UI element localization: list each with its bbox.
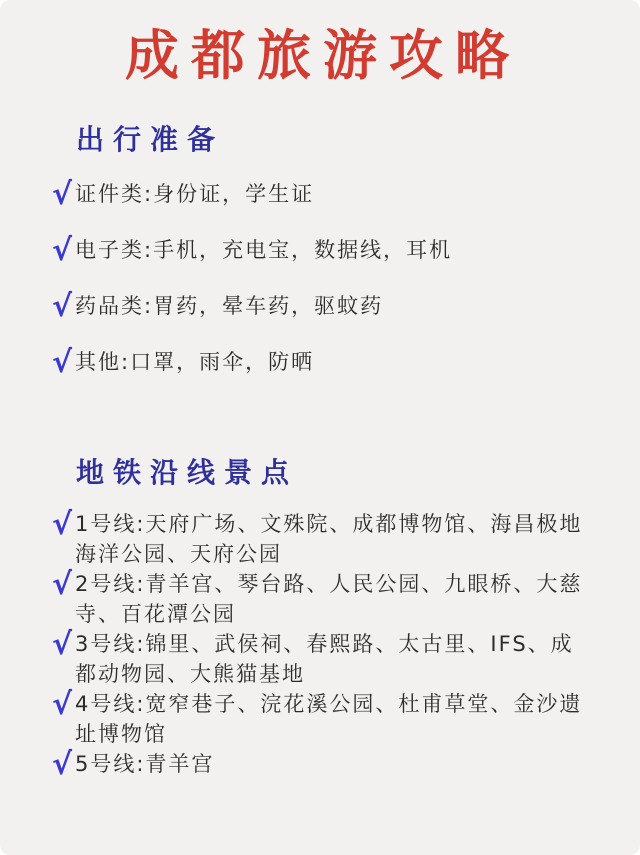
metro-line-2-item: √2号线:青羊宫、琴台路、人民公园、九眼桥、大慈寺、百花潭公园: [52, 570, 594, 628]
check-icon: √: [52, 180, 75, 210]
checklist-item-text: 证件类:身份证，学生证: [75, 182, 314, 206]
check-icon: √: [52, 510, 75, 540]
check-icon: √: [52, 750, 75, 780]
metro-line-5-item: √5号线:青羊宫: [52, 750, 594, 780]
metro-line-text: 1号线:天府广场、文殊院、成都博物馆、海昌极地海洋公园、天府公园: [75, 512, 582, 566]
check-icon: √: [52, 236, 75, 266]
check-icon: √: [52, 630, 75, 660]
metro-line-3-item: √3号线:锦里、武侯祠、春熙路、太古里、IFS、成都动物园、大熊猫基地: [52, 630, 594, 688]
check-icon: √: [52, 292, 75, 322]
section-header-preparation: 出行准备: [76, 123, 594, 157]
checklist-item-other: √其他:口罩，雨伞，防晒: [52, 348, 594, 378]
checklist-item-text: 电子类:手机，充电宝，数据线，耳机: [75, 238, 452, 262]
checklist-item-electronics: √电子类:手机，充电宝，数据线，耳机: [52, 236, 594, 266]
check-icon: √: [52, 570, 75, 600]
metro-line-1-item: √1号线:天府广场、文殊院、成都博物馆、海昌极地海洋公园、天府公园: [52, 510, 594, 568]
metro-line-text: 2号线:青羊宫、琴台路、人民公园、九眼桥、大慈寺、百花潭公园: [75, 572, 582, 626]
section-header-metro: 地铁沿线景点: [76, 456, 594, 490]
check-icon: √: [52, 690, 75, 720]
metro-line-text: 5号线:青羊宫: [75, 752, 214, 776]
checklist-item-text: 其他:口罩，雨伞，防晒: [75, 350, 314, 374]
metro-line-text: 4号线:宽窄巷子、浣花溪公园、杜甫草堂、金沙遗址博物馆: [75, 692, 582, 746]
checklist-item-text: 药品类:胃药，晕车药，驱蚊药: [75, 294, 383, 318]
page-title: 成都旅游攻略: [52, 16, 594, 89]
check-icon: √: [52, 348, 75, 378]
metro-line-4-item: √4号线:宽窄巷子、浣花溪公园、杜甫草堂、金沙遗址博物馆: [52, 690, 594, 748]
section-metro-attractions: 地铁沿线景点 √1号线:天府广场、文殊院、成都博物馆、海昌极地海洋公园、天府公园…: [52, 456, 594, 780]
travel-guide-page: 成都旅游攻略 出行准备 √证件类:身份证，学生证 √电子类:手机，充电宝，数据线…: [0, 0, 640, 855]
checklist-item-medicine: √药品类:胃药，晕车药，驱蚊药: [52, 292, 594, 322]
metro-line-text: 3号线:锦里、武侯祠、春熙路、太古里、IFS、成都动物园、大熊猫基地: [75, 632, 574, 686]
section-preparation: 出行准备 √证件类:身份证，学生证 √电子类:手机，充电宝，数据线，耳机 √药品…: [52, 123, 594, 379]
checklist-item-documents: √证件类:身份证，学生证: [52, 180, 594, 210]
